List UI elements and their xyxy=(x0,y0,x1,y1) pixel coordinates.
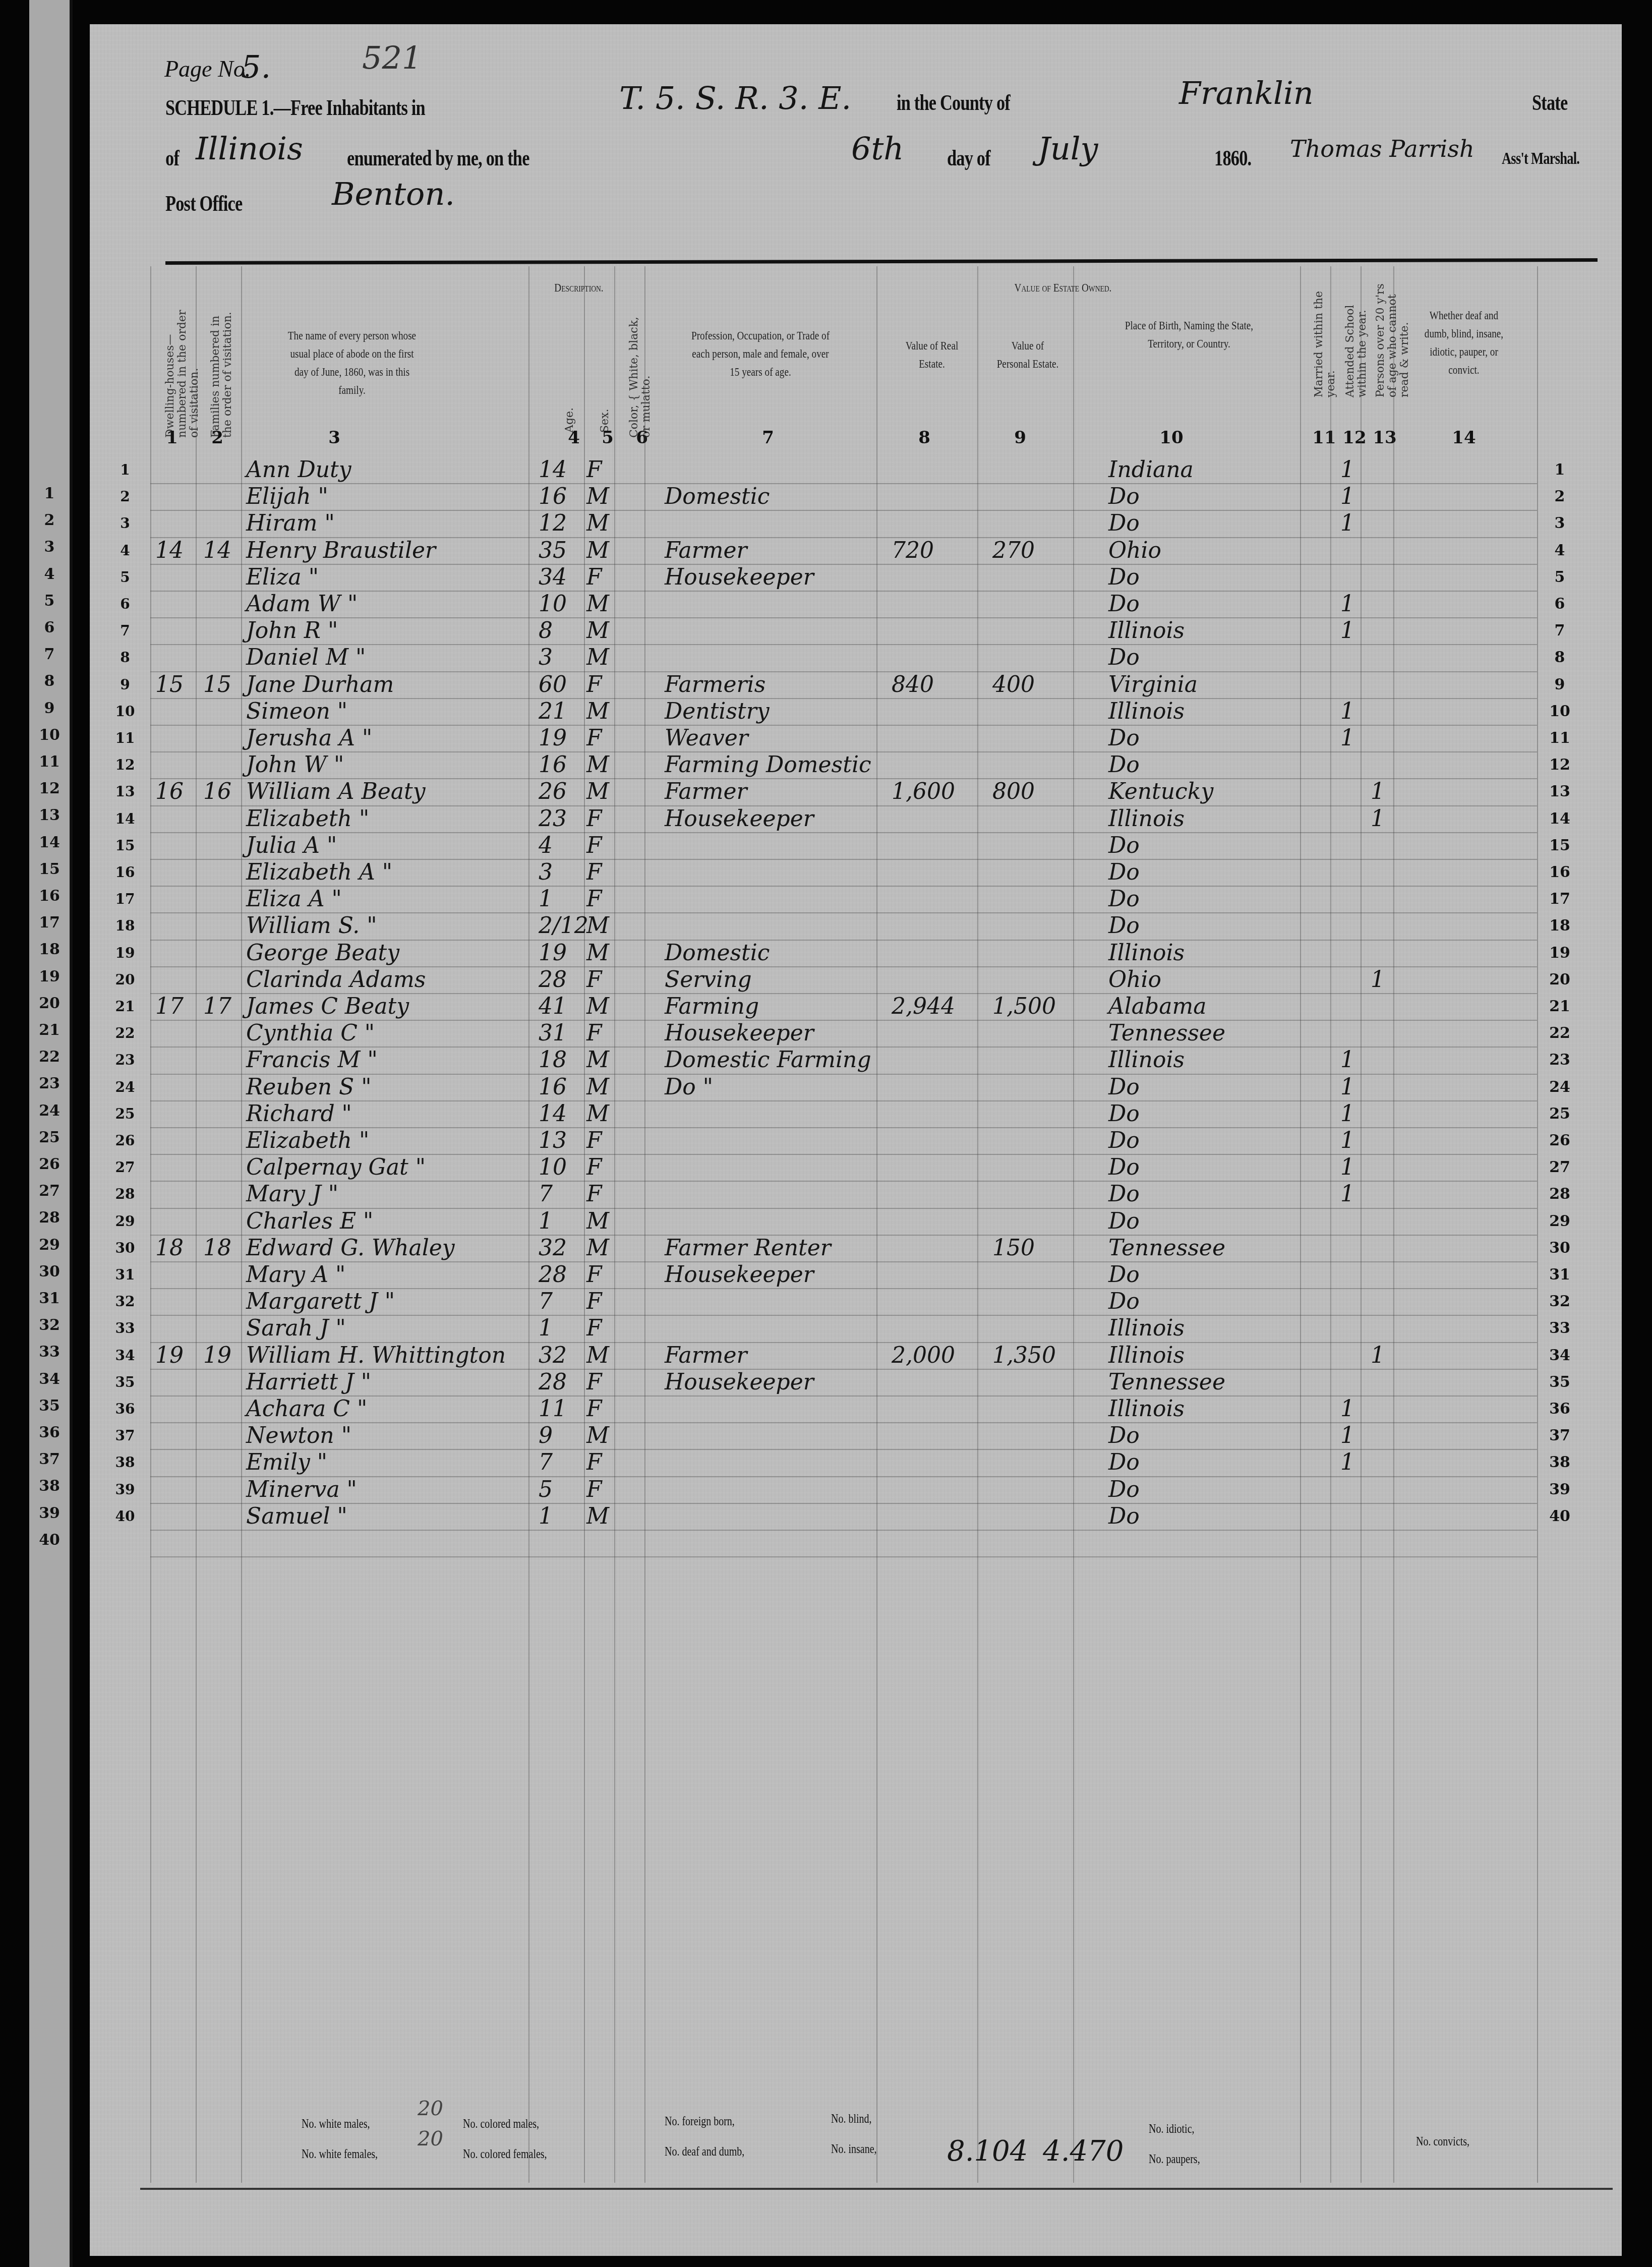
grid-row-line xyxy=(150,1530,1537,1531)
table-row: 16Elizabeth A "3FDo16 xyxy=(90,859,1622,886)
family-number: 19 xyxy=(203,1342,231,1369)
sex: F xyxy=(586,1476,602,1503)
person-name: Richard " xyxy=(246,1100,352,1127)
strip-line-number: 30 xyxy=(29,1263,70,1281)
line-number-right: 25 xyxy=(1542,1100,1577,1127)
birthplace: Do xyxy=(1108,859,1140,886)
sex: M xyxy=(586,1422,609,1449)
sex: F xyxy=(586,1315,602,1342)
sex: M xyxy=(586,644,609,671)
col-3-heading: The name of every person whose usual pla… xyxy=(287,327,417,399)
person-name: Elizabeth A " xyxy=(246,859,392,886)
age: 3 xyxy=(539,859,553,886)
strip-line-number: 33 xyxy=(29,1343,70,1361)
person-name: James C Beaty xyxy=(246,993,409,1020)
column-number-6: 6 xyxy=(627,428,657,448)
age: 4 xyxy=(539,832,553,859)
family-number: 15 xyxy=(203,671,231,698)
table-row: 91515Jane Durham60FFarmeris840400Virgini… xyxy=(90,671,1622,698)
sex: M xyxy=(586,483,609,510)
line-number-right: 34 xyxy=(1542,1342,1577,1369)
page-label: Page No. xyxy=(164,55,251,82)
attended-school: 1 xyxy=(1340,1181,1354,1207)
line-number-right: 29 xyxy=(1542,1208,1577,1235)
table-row: 8Daniel M "3MDo8 xyxy=(90,644,1622,671)
line-number-right: 1 xyxy=(1542,456,1577,483)
real-estate-value: 2,944 xyxy=(892,993,955,1020)
real-estate-value: 720 xyxy=(892,537,934,564)
occupation: Do " xyxy=(665,1074,713,1100)
line-number: 29 xyxy=(110,1208,140,1235)
person-name: Achara C " xyxy=(246,1396,367,1422)
table-row: 29Charles E "1MDo29 xyxy=(90,1208,1622,1235)
age: 5 xyxy=(539,1476,553,1503)
line-number-right: 3 xyxy=(1542,510,1577,537)
line-number-right: 23 xyxy=(1542,1047,1577,1073)
birthplace: Illinois xyxy=(1108,1342,1185,1369)
line-number-right: 9 xyxy=(1542,671,1577,698)
person-name: Reuben S " xyxy=(246,1074,371,1100)
family-number: 16 xyxy=(203,778,231,805)
sex: F xyxy=(586,1154,602,1181)
strip-line-number: 28 xyxy=(29,1209,70,1227)
line-number: 12 xyxy=(110,751,140,778)
age: 18 xyxy=(539,1047,567,1073)
birthplace: Illinois xyxy=(1108,1315,1185,1342)
birthplace: Do xyxy=(1108,1503,1140,1530)
person-name: John R " xyxy=(246,617,338,644)
sex: M xyxy=(586,1208,609,1235)
age: 13 xyxy=(539,1127,567,1154)
table-row: 39Minerva "5FDo39 xyxy=(90,1476,1622,1503)
dwelling-number: 18 xyxy=(155,1235,184,1261)
cannot-read-write: 1 xyxy=(1371,1342,1385,1369)
stamp-number: 521 xyxy=(362,39,422,76)
table-row: 18William S. "2/12MDo18 xyxy=(90,912,1622,939)
birthplace: Do xyxy=(1108,483,1140,510)
grid-row-line xyxy=(150,1556,1537,1557)
sex: F xyxy=(586,1449,602,1476)
table-row: 36Achara C "11FIllinois136 xyxy=(90,1396,1622,1422)
line-number: 3 xyxy=(110,510,140,537)
line-number-right: 24 xyxy=(1542,1074,1577,1100)
attended-school: 1 xyxy=(1340,456,1354,483)
strip-line-number: 15 xyxy=(29,860,70,878)
table-row: 28Mary J "7FDo128 xyxy=(90,1181,1622,1207)
occupation: Farming xyxy=(665,993,759,1020)
person-name: Mary J " xyxy=(246,1181,338,1207)
township-field: T. 5. S. R. 3. E. xyxy=(619,80,851,117)
line-number: 11 xyxy=(110,725,140,751)
column-number-14: 14 xyxy=(1449,428,1479,448)
col-2-heading: Families numbered in the order of visita… xyxy=(210,307,240,438)
attended-school: 1 xyxy=(1340,1127,1354,1154)
personal-estate-value: 1,350 xyxy=(992,1342,1056,1369)
occupation: Weaver xyxy=(665,725,748,751)
sex: F xyxy=(586,886,602,912)
line-number: 7 xyxy=(110,617,140,644)
strip-line-number: 24 xyxy=(29,1102,70,1120)
line-number-right: 19 xyxy=(1542,940,1577,966)
sex: F xyxy=(586,1127,602,1154)
line-number: 16 xyxy=(110,859,140,886)
line-number-right: 31 xyxy=(1542,1261,1577,1288)
line-number: 31 xyxy=(110,1261,140,1288)
family-number: 17 xyxy=(203,993,231,1020)
occupation: Housekeeper xyxy=(665,1261,814,1288)
occupation: Serving xyxy=(665,966,752,993)
strip-line-number: 32 xyxy=(29,1316,70,1334)
attended-school: 1 xyxy=(1340,1074,1354,1100)
attended-school: 1 xyxy=(1340,591,1354,617)
person-name: Clarinda Adams xyxy=(246,966,426,993)
line-number: 8 xyxy=(110,644,140,671)
age: 23 xyxy=(539,805,567,832)
col-4-heading: Age. xyxy=(564,387,577,433)
age: 32 xyxy=(539,1235,567,1261)
age: 19 xyxy=(539,725,567,751)
strip-line-number: 40 xyxy=(29,1531,70,1549)
line-number: 32 xyxy=(110,1288,140,1315)
white-females-count: 20 xyxy=(418,2127,443,2150)
day-of-label: day of xyxy=(947,145,990,171)
table-row: 1Ann Duty14FIndiana11 xyxy=(90,456,1622,483)
birthplace: Do xyxy=(1108,1154,1140,1181)
sex: M xyxy=(586,591,609,617)
marshal-name: Thomas Parrish xyxy=(1290,135,1474,162)
person-name: Newton " xyxy=(246,1422,351,1449)
person-name: Eliza " xyxy=(246,564,319,591)
personal-estate-value: 1,500 xyxy=(992,993,1056,1020)
strip-line-number: 25 xyxy=(29,1129,70,1146)
strip-line-number: 39 xyxy=(29,1504,70,1522)
attended-school: 1 xyxy=(1340,617,1354,644)
table-row: 211717James C Beaty41MFarming2,9441,500A… xyxy=(90,993,1622,1020)
line-number: 6 xyxy=(110,591,140,617)
person-name: Adam W " xyxy=(246,591,358,617)
line-number: 2 xyxy=(110,483,140,510)
table-row: 2Elijah "16MDomesticDo12 xyxy=(90,483,1622,510)
age: 7 xyxy=(539,1449,553,1476)
occupation: Farmeris xyxy=(665,671,765,698)
line-number-right: 33 xyxy=(1542,1315,1577,1342)
strip-line-number: 21 xyxy=(29,1021,70,1039)
person-name: Margarett J " xyxy=(246,1288,395,1315)
person-name: Edward G. Whaley xyxy=(246,1235,455,1261)
state-field: Illinois xyxy=(196,130,303,167)
age: 16 xyxy=(539,483,567,510)
sex: M xyxy=(586,537,609,564)
attended-school: 1 xyxy=(1340,1047,1354,1073)
strip-line-number: 20 xyxy=(29,995,70,1012)
personal-estate-value: 400 xyxy=(992,671,1035,698)
family-number: 18 xyxy=(203,1235,231,1261)
sex: F xyxy=(586,725,602,751)
birthplace: Ohio xyxy=(1108,966,1161,993)
table-row: 27Calpernay Gat "10FDo127 xyxy=(90,1154,1622,1181)
line-number: 15 xyxy=(110,832,140,859)
age: 28 xyxy=(539,966,567,993)
attended-school: 1 xyxy=(1340,1449,1354,1476)
col-8-heading: Value of Real Estate. xyxy=(900,337,964,373)
dwelling-number: 16 xyxy=(155,778,184,805)
strip-line-number: 11 xyxy=(29,753,70,771)
line-number: 40 xyxy=(110,1503,140,1530)
table-row: 37Newton "9MDo137 xyxy=(90,1422,1622,1449)
occupation: Domestic xyxy=(665,940,770,966)
age: 1 xyxy=(539,1208,553,1235)
post-office-field: Benton. xyxy=(332,176,455,212)
strip-line-number: 4 xyxy=(29,565,70,583)
line-number-right: 11 xyxy=(1542,725,1577,751)
age: 28 xyxy=(539,1261,567,1288)
line-number: 33 xyxy=(110,1315,140,1342)
sex: F xyxy=(586,1396,602,1422)
birthplace: Do xyxy=(1108,1100,1140,1127)
strip-line-number: 12 xyxy=(29,780,70,797)
cannot-read-write: 1 xyxy=(1371,805,1385,832)
person-name: Elizabeth " xyxy=(246,805,369,832)
col-6-heading: Color, { White, black, or mulatto. xyxy=(628,307,659,438)
marshal-label: Ass't Marshal. xyxy=(1502,149,1579,168)
sex: F xyxy=(586,859,602,886)
table-row: 11Jerusha A "19FWeaverDo111 xyxy=(90,725,1622,751)
line-number-right: 39 xyxy=(1542,1476,1577,1503)
binding-margin-strip: 1234567891011121314151617181920212223242… xyxy=(29,0,73,2267)
line-number-right: 38 xyxy=(1542,1449,1577,1476)
line-number-right: 30 xyxy=(1542,1235,1577,1261)
column-number-13: 13 xyxy=(1370,428,1400,448)
county-label: in the County of xyxy=(897,90,1010,115)
birthplace: Do xyxy=(1108,751,1140,778)
table-row: 3Hiram "12MDo13 xyxy=(90,510,1622,537)
attended-school: 1 xyxy=(1340,1422,1354,1449)
age: 14 xyxy=(539,456,567,483)
table-row: 31Mary A "28FHousekeeperDo31 xyxy=(90,1261,1622,1288)
age: 1 xyxy=(539,1315,553,1342)
sex: M xyxy=(586,912,609,939)
column-number-11: 11 xyxy=(1309,428,1339,448)
person-name: Francis M " xyxy=(246,1047,378,1073)
person-name: Ann Duty xyxy=(246,456,351,483)
line-number: 14 xyxy=(110,805,140,832)
birthplace: Do xyxy=(1108,510,1140,537)
white-females-label: No. white females, xyxy=(302,2147,378,2162)
birthplace: Do xyxy=(1108,1261,1140,1288)
person-name: Emily " xyxy=(246,1449,327,1476)
birthplace: Illinois xyxy=(1108,617,1185,644)
person-name: Henry Braustiler xyxy=(246,537,436,564)
sex: M xyxy=(586,1342,609,1369)
birthplace: Alabama xyxy=(1108,993,1206,1020)
real-estate-value: 2,000 xyxy=(892,1342,955,1369)
schedule-title: SCHEDULE 1.—Free Inhabitants in xyxy=(165,95,425,121)
column-number-9: 9 xyxy=(1005,428,1035,448)
person-name: George Beaty xyxy=(246,940,399,966)
birthplace: Do xyxy=(1108,1449,1140,1476)
line-number: 23 xyxy=(110,1047,140,1073)
person-name: William S. " xyxy=(246,912,377,939)
line-number: 20 xyxy=(110,966,140,993)
strip-line-number: 3 xyxy=(29,538,70,556)
line-number: 4 xyxy=(110,537,140,564)
age: 7 xyxy=(539,1181,553,1207)
foreign-born-label: No. foreign born, xyxy=(665,2115,735,2129)
sex: M xyxy=(586,751,609,778)
col-12-heading: Attended School within the year. xyxy=(1344,276,1370,397)
person-name: Elijah " xyxy=(246,483,328,510)
sex: M xyxy=(586,940,609,966)
person-name: Calpernay Gat " xyxy=(246,1154,426,1181)
column-number-1: 1 xyxy=(157,428,187,448)
table-row: 131616William A Beaty26MFarmer1,600800Ke… xyxy=(90,778,1622,805)
sex: F xyxy=(586,456,602,483)
cannot-read-write: 1 xyxy=(1371,778,1385,805)
attended-school: 1 xyxy=(1340,1154,1354,1181)
dwelling-number: 14 xyxy=(155,537,184,564)
line-number-right: 22 xyxy=(1542,1020,1577,1047)
line-number: 30 xyxy=(110,1235,140,1261)
paupers-label: No. paupers, xyxy=(1149,2153,1200,2167)
estate-group-heading: Value of Estate Owned. xyxy=(978,279,1148,297)
sex: F xyxy=(586,966,602,993)
age: 3 xyxy=(539,644,553,671)
white-males-count: 20 xyxy=(418,2097,443,2120)
attended-school: 1 xyxy=(1340,725,1354,751)
line-number: 26 xyxy=(110,1127,140,1154)
strip-line-number: 22 xyxy=(29,1048,70,1066)
colored-males-label: No. colored males, xyxy=(463,2117,539,2131)
column-number-2: 2 xyxy=(202,428,232,448)
attended-school: 1 xyxy=(1340,1396,1354,1422)
age: 41 xyxy=(539,993,567,1020)
age: 10 xyxy=(539,1154,567,1181)
personal-estate-value: 800 xyxy=(992,778,1035,805)
line-number: 17 xyxy=(110,886,140,912)
person-name: William H. Whittington xyxy=(246,1342,506,1369)
line-number-right: 26 xyxy=(1542,1127,1577,1154)
birthplace: Do xyxy=(1108,644,1140,671)
birthplace: Illinois xyxy=(1108,698,1185,725)
dwelling-number: 19 xyxy=(155,1342,184,1369)
occupation: Farmer Renter xyxy=(665,1235,831,1261)
sex: F xyxy=(586,1181,602,1207)
table-row: 7John R "8MIllinois17 xyxy=(90,617,1622,644)
table-row: 25Richard "14MDo125 xyxy=(90,1100,1622,1127)
age: 26 xyxy=(539,778,567,805)
personal-estate-value: 270 xyxy=(992,537,1035,564)
table-row: 38Emily "7FDo138 xyxy=(90,1449,1622,1476)
occupation: Farmer xyxy=(665,537,747,564)
line-number-right: 15 xyxy=(1542,832,1577,859)
strip-line-number: 31 xyxy=(29,1290,70,1307)
line-number-right: 27 xyxy=(1542,1154,1577,1181)
line-number-right: 4 xyxy=(1542,537,1577,564)
sex: M xyxy=(586,698,609,725)
column-number-10: 10 xyxy=(1156,428,1187,448)
birthplace: Do xyxy=(1108,725,1140,751)
family-number: 14 xyxy=(203,537,231,564)
age: 11 xyxy=(539,1396,567,1422)
white-males-label: No. white males, xyxy=(302,2117,370,2131)
table-row: 33Sarah J "1FIllinois33 xyxy=(90,1315,1622,1342)
person-name: Harriett J " xyxy=(246,1369,371,1396)
age: 7 xyxy=(539,1288,553,1315)
attended-school: 1 xyxy=(1340,698,1354,725)
header-rule xyxy=(165,258,1598,265)
sex: M xyxy=(586,1503,609,1530)
table-row: 19George Beaty19MDomesticIllinois19 xyxy=(90,940,1622,966)
birthplace: Tennessee xyxy=(1108,1020,1225,1047)
attended-school: 1 xyxy=(1340,510,1354,537)
birthplace: Illinois xyxy=(1108,940,1185,966)
occupation: Housekeeper xyxy=(665,805,814,832)
col-5-heading: Sex. xyxy=(599,387,612,433)
line-number-right: 7 xyxy=(1542,617,1577,644)
post-office-label: Post Office xyxy=(165,191,242,216)
birthplace: Do xyxy=(1108,1288,1140,1315)
strip-line-number: 27 xyxy=(29,1182,70,1200)
table-row: 14Elizabeth "23FHousekeeperIllinois114 xyxy=(90,805,1622,832)
birthplace: Do xyxy=(1108,591,1140,617)
column-number-5: 5 xyxy=(593,428,623,448)
dwelling-number: 15 xyxy=(155,671,184,698)
person-name: John W " xyxy=(246,751,344,778)
col-14-heading: Whether deaf and dumb, blind, insane, id… xyxy=(1418,307,1510,379)
age: 31 xyxy=(539,1020,567,1047)
age: 28 xyxy=(539,1369,567,1396)
age: 35 xyxy=(539,537,567,564)
table-row: 341919William H. Whittington32MFarmer2,0… xyxy=(90,1342,1622,1369)
line-number: 35 xyxy=(110,1369,140,1396)
sex: M xyxy=(586,617,609,644)
line-number-right: 35 xyxy=(1542,1369,1577,1396)
strip-line-number: 19 xyxy=(29,968,70,985)
line-number-right: 12 xyxy=(1542,751,1577,778)
sex: F xyxy=(586,1288,602,1315)
line-number: 10 xyxy=(110,698,140,725)
person-name: Cynthia C " xyxy=(246,1020,375,1047)
attended-school: 1 xyxy=(1340,1100,1354,1127)
page-number: 5. xyxy=(241,48,271,85)
insane-label: No. insane, xyxy=(831,2142,877,2157)
sex: M xyxy=(586,1235,609,1261)
table-row: 6Adam W "10MDo16 xyxy=(90,591,1622,617)
idiotic-label: No. idiotic, xyxy=(1149,2122,1195,2136)
table-row: 22Cynthia C "31FHousekeeperTennessee22 xyxy=(90,1020,1622,1047)
sex: M xyxy=(586,1047,609,1073)
birthplace: Virginia xyxy=(1108,671,1198,698)
sex: F xyxy=(586,805,602,832)
table-row: 23Francis M "18MDomestic FarmingIllinois… xyxy=(90,1047,1622,1073)
age: 8 xyxy=(539,617,553,644)
strip-line-number: 36 xyxy=(29,1424,70,1441)
line-number: 19 xyxy=(110,940,140,966)
occupation: Domestic Farming xyxy=(665,1047,871,1073)
col-7-heading: Profession, Occupation, or Trade of each… xyxy=(688,327,833,381)
line-number: 25 xyxy=(110,1100,140,1127)
strip-line-number: 5 xyxy=(29,592,70,610)
month-field: July xyxy=(1038,130,1098,167)
sex: F xyxy=(586,1020,602,1047)
occupation: Farmer xyxy=(665,1342,747,1369)
line-number-right: 40 xyxy=(1542,1503,1577,1530)
person-name: Jerusha A " xyxy=(246,725,372,751)
birthplace: Do xyxy=(1108,1181,1140,1207)
strip-line-number: 1 xyxy=(29,485,70,502)
age: 2/12 xyxy=(539,912,588,939)
sex: M xyxy=(586,778,609,805)
